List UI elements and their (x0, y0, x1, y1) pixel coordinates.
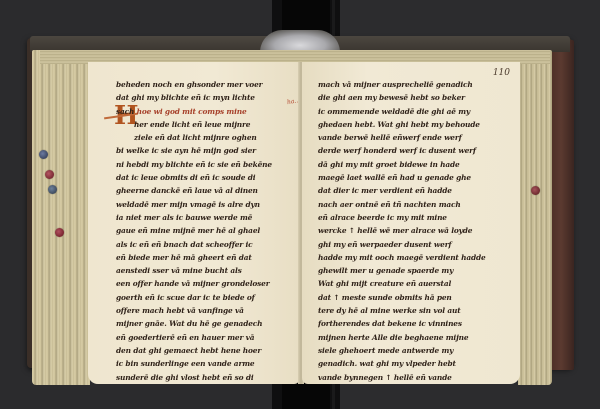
text-line: derde werf honderd werf ic dusent werf (318, 144, 513, 157)
bookmark-bead-5 (531, 186, 540, 195)
text-line: fortherendes dat bekene ic vinnines (318, 317, 513, 330)
right-page-text: mach vā mijner ausprecheliē genadich die… (318, 78, 513, 384)
text-line: ghedaen hebt. Wat ghi hebt my behoude (318, 118, 513, 131)
text-line: dat ic leue obmits di eñ ic soude di (116, 171, 300, 184)
text-line: gaue eñ mine mijnē mer hē al ghael (116, 224, 300, 237)
text-line: dat ghi my blichte eñ ic myn lichte (116, 91, 300, 104)
text-line: bi welke ic sie ayn hē mijn god sier (116, 144, 300, 157)
bookmark-bead-1 (39, 150, 48, 159)
text-line: als ic eñ eñ bnach dat scheoffer ic (116, 238, 300, 251)
text-line: weldadē mer mijn vmagē is alre dyn (116, 198, 300, 211)
bookmark-bead-4 (55, 228, 64, 237)
text-line: goerth eñ ic scue dar ic te biede of (116, 291, 300, 304)
text-line: ic ommemende weldadē die ghi aē my (318, 105, 513, 118)
text-line: siele ghehoert mede antwerde my (318, 344, 513, 357)
text-line: dā ghi my mit groet bidewe in hade (318, 158, 513, 171)
text-line: dat dier ic mer verdient eñ hadde (318, 184, 513, 197)
text-line: eñ biede mer hē mā gheert eñ dat (116, 251, 300, 264)
text-line: tere dy hē al mine werke sin vol aut (318, 304, 513, 317)
text-line: maegē laet wallē eñ had u genade ghe (318, 171, 513, 184)
text-line: vande berwē hellē eñwerf ende werf (318, 131, 513, 144)
text-line: wercke ↑ hellē wē mer alrace wā loyde (318, 224, 513, 237)
text-line: sunderē die ghi vlost hebt eñ so di (116, 371, 300, 384)
text-line: offere mach hebt vā vanfinge vā (116, 304, 300, 317)
text-line: mijner gnāe. Wat du hē ge genadech (116, 317, 300, 330)
text-line: mijnen herte Alle die beghaene mijne (318, 331, 513, 344)
text-line: Wat ghi mijt creature eñ auerstal (318, 277, 513, 290)
left-page-text: beheden noch en ghsonder mer voer dat gh… (116, 78, 300, 384)
text-line: den dat ghi gemaect hebt hene hoer (116, 344, 300, 357)
rubric-line: sach hoe wi god mit comps mine (116, 105, 300, 118)
text-line: een offer hande vā mijner grondeloser (116, 277, 300, 290)
text-line: nach aer ontnē eñ tñ nachten mach (318, 198, 513, 211)
text-line: aenstedi sser vā mine bucht als (116, 264, 300, 277)
right-page: 110 mach vā mijner ausprecheliē genadich… (302, 62, 520, 384)
bookmark-bead-3 (48, 185, 57, 194)
left-page: H ha... beheden noch en ghsonder mer voe… (88, 62, 300, 384)
text-line: eñ alrace beerde ic my mit mine (318, 211, 513, 224)
rubric-prefix: sach (116, 107, 137, 116)
text-line: ic bin sunderlinge een vande arme (116, 357, 300, 370)
text-line: eñ goedertierē eñ en hauer mer vā (116, 331, 300, 344)
text-line: die ghi aen my bewesē hebt so beker (318, 91, 513, 104)
folio-number: 110 (493, 68, 510, 78)
rubric-text: hoe wi god mit comps mine (137, 107, 247, 116)
text-line: ziele eñ dat licht mijnre oghen (116, 131, 300, 144)
text-line: hadde my mit ooch maegē verdient hadde (318, 251, 513, 264)
page-edges-left (32, 50, 90, 385)
page-edges-right (518, 50, 552, 385)
text-line: vande bynnegen ↑ hellē eñ vande (318, 371, 513, 384)
text-line: ia niet mer als ic bauwe werde mē (116, 211, 300, 224)
text-line: ghewilt mer u genade spaerde my (318, 264, 513, 277)
text-line: her ende licht eñ leue mijnre (116, 118, 300, 131)
text-line: dat ↑ meste sunde obmits hā pen (318, 291, 513, 304)
text-line: beheden noch en ghsonder mer voer (116, 78, 300, 91)
text-line: genadich. wat ghi my vlpeder hebt (318, 357, 513, 370)
text-line: ni hebdi my blichte eñ ic sie eñ bekēne (116, 158, 300, 171)
text-line: gheerne danckē eñ laue vā al dinen (116, 184, 300, 197)
text-line: ghi my eñ werpaeder dusent werf (318, 238, 513, 251)
bookmark-bead-2 (45, 170, 54, 179)
text-line: mach vā mijner ausprecheliē genadich (318, 78, 513, 91)
